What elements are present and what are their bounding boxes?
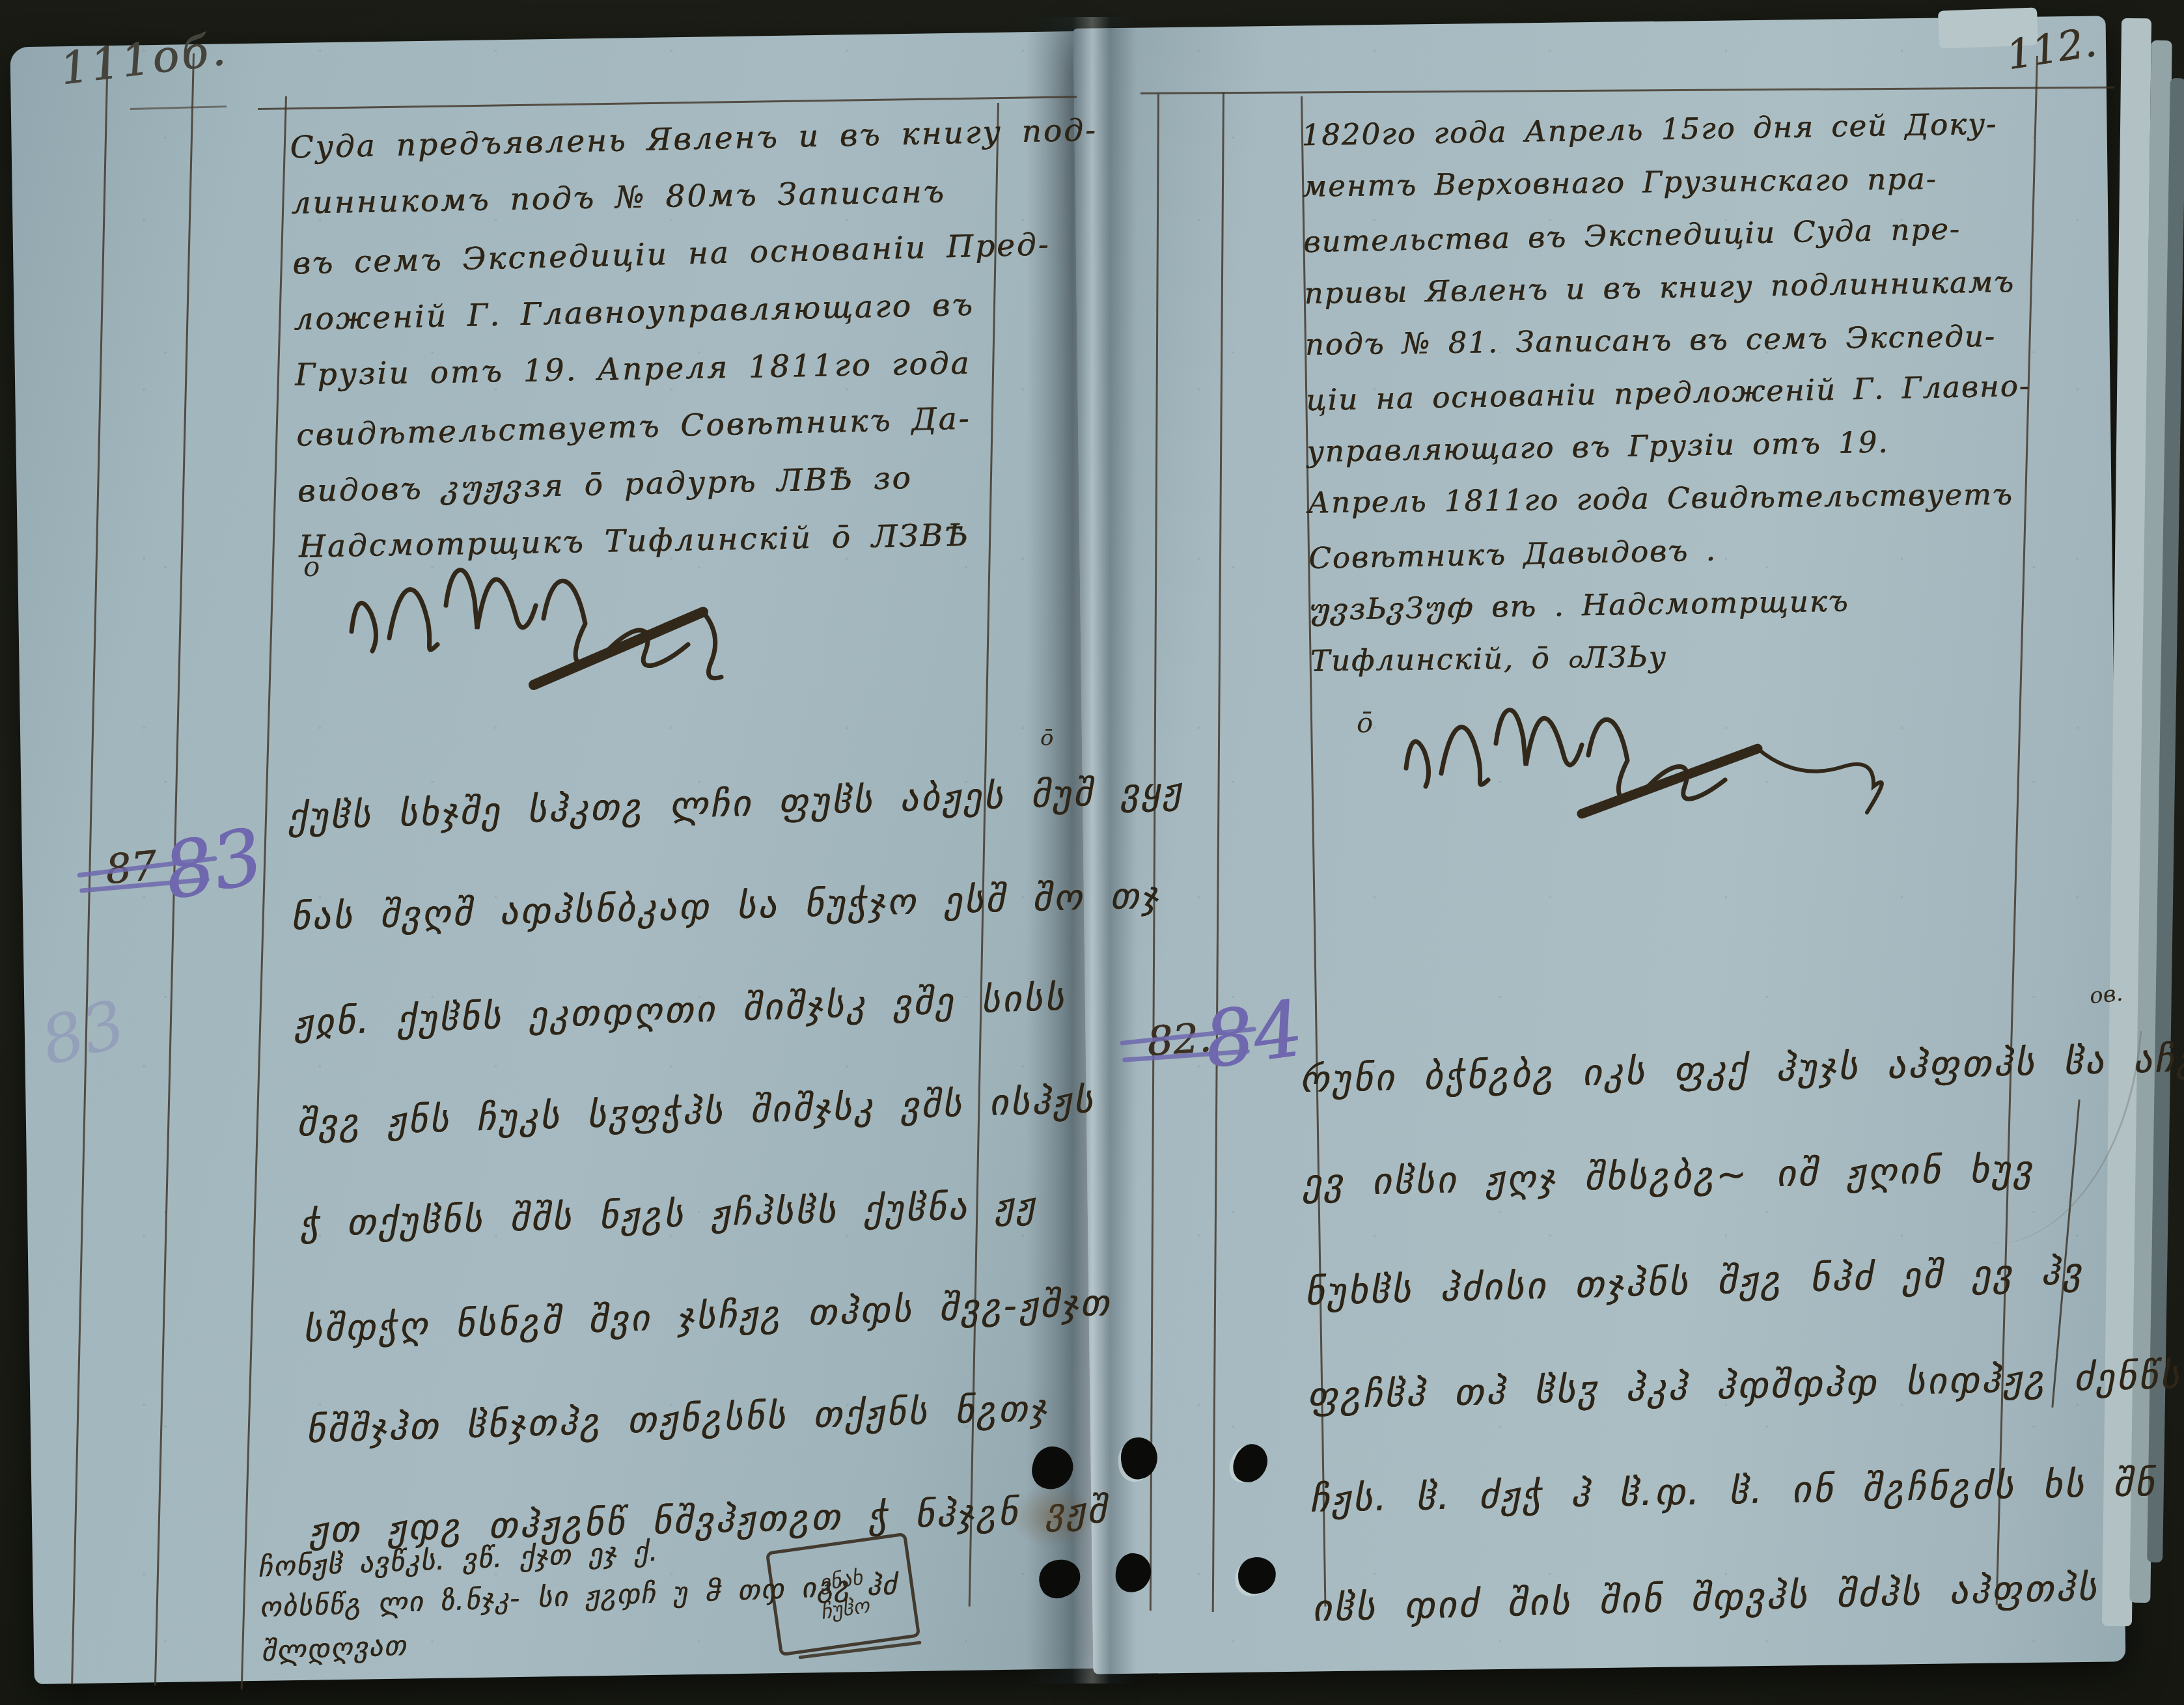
entry-number-left: 83 <box>156 811 270 917</box>
ink-stamp-box: ვნახჩუჱო <box>766 1532 920 1657</box>
stamp-text-line: ჩუჱო <box>819 1593 871 1624</box>
stamp-text-line: ვნახ <box>818 1565 864 1596</box>
entry-number-right: 84 <box>1198 983 1308 1086</box>
left-russian-certification-text: Суда предъявлень Явленъ и въ книгу под-л… <box>289 102 1107 578</box>
text-line: ჩჟს. ჱ. ძჟჭ ჰ ჱ.ჶ. ჱ. ინ შჷჩნჷძს ხს შნ <box>1308 1428 2184 1553</box>
paper-stain <box>1010 1486 1095 1547</box>
right-russian-certification-text: 1820го года Апрель 15го дня сей Доку-мен… <box>1301 97 2035 689</box>
signature-prefix-left: ō <box>303 551 320 583</box>
superscript-mark-right: ов. <box>2088 980 2124 1009</box>
signature-flourish-right <box>1393 664 1888 836</box>
signature-flourish-left <box>339 521 755 719</box>
manuscript-scan: 111об. 112. Суда предъявлень Явленъ и въ… <box>0 0 2184 1705</box>
signature-prefix-right: ō <box>1357 707 1373 739</box>
